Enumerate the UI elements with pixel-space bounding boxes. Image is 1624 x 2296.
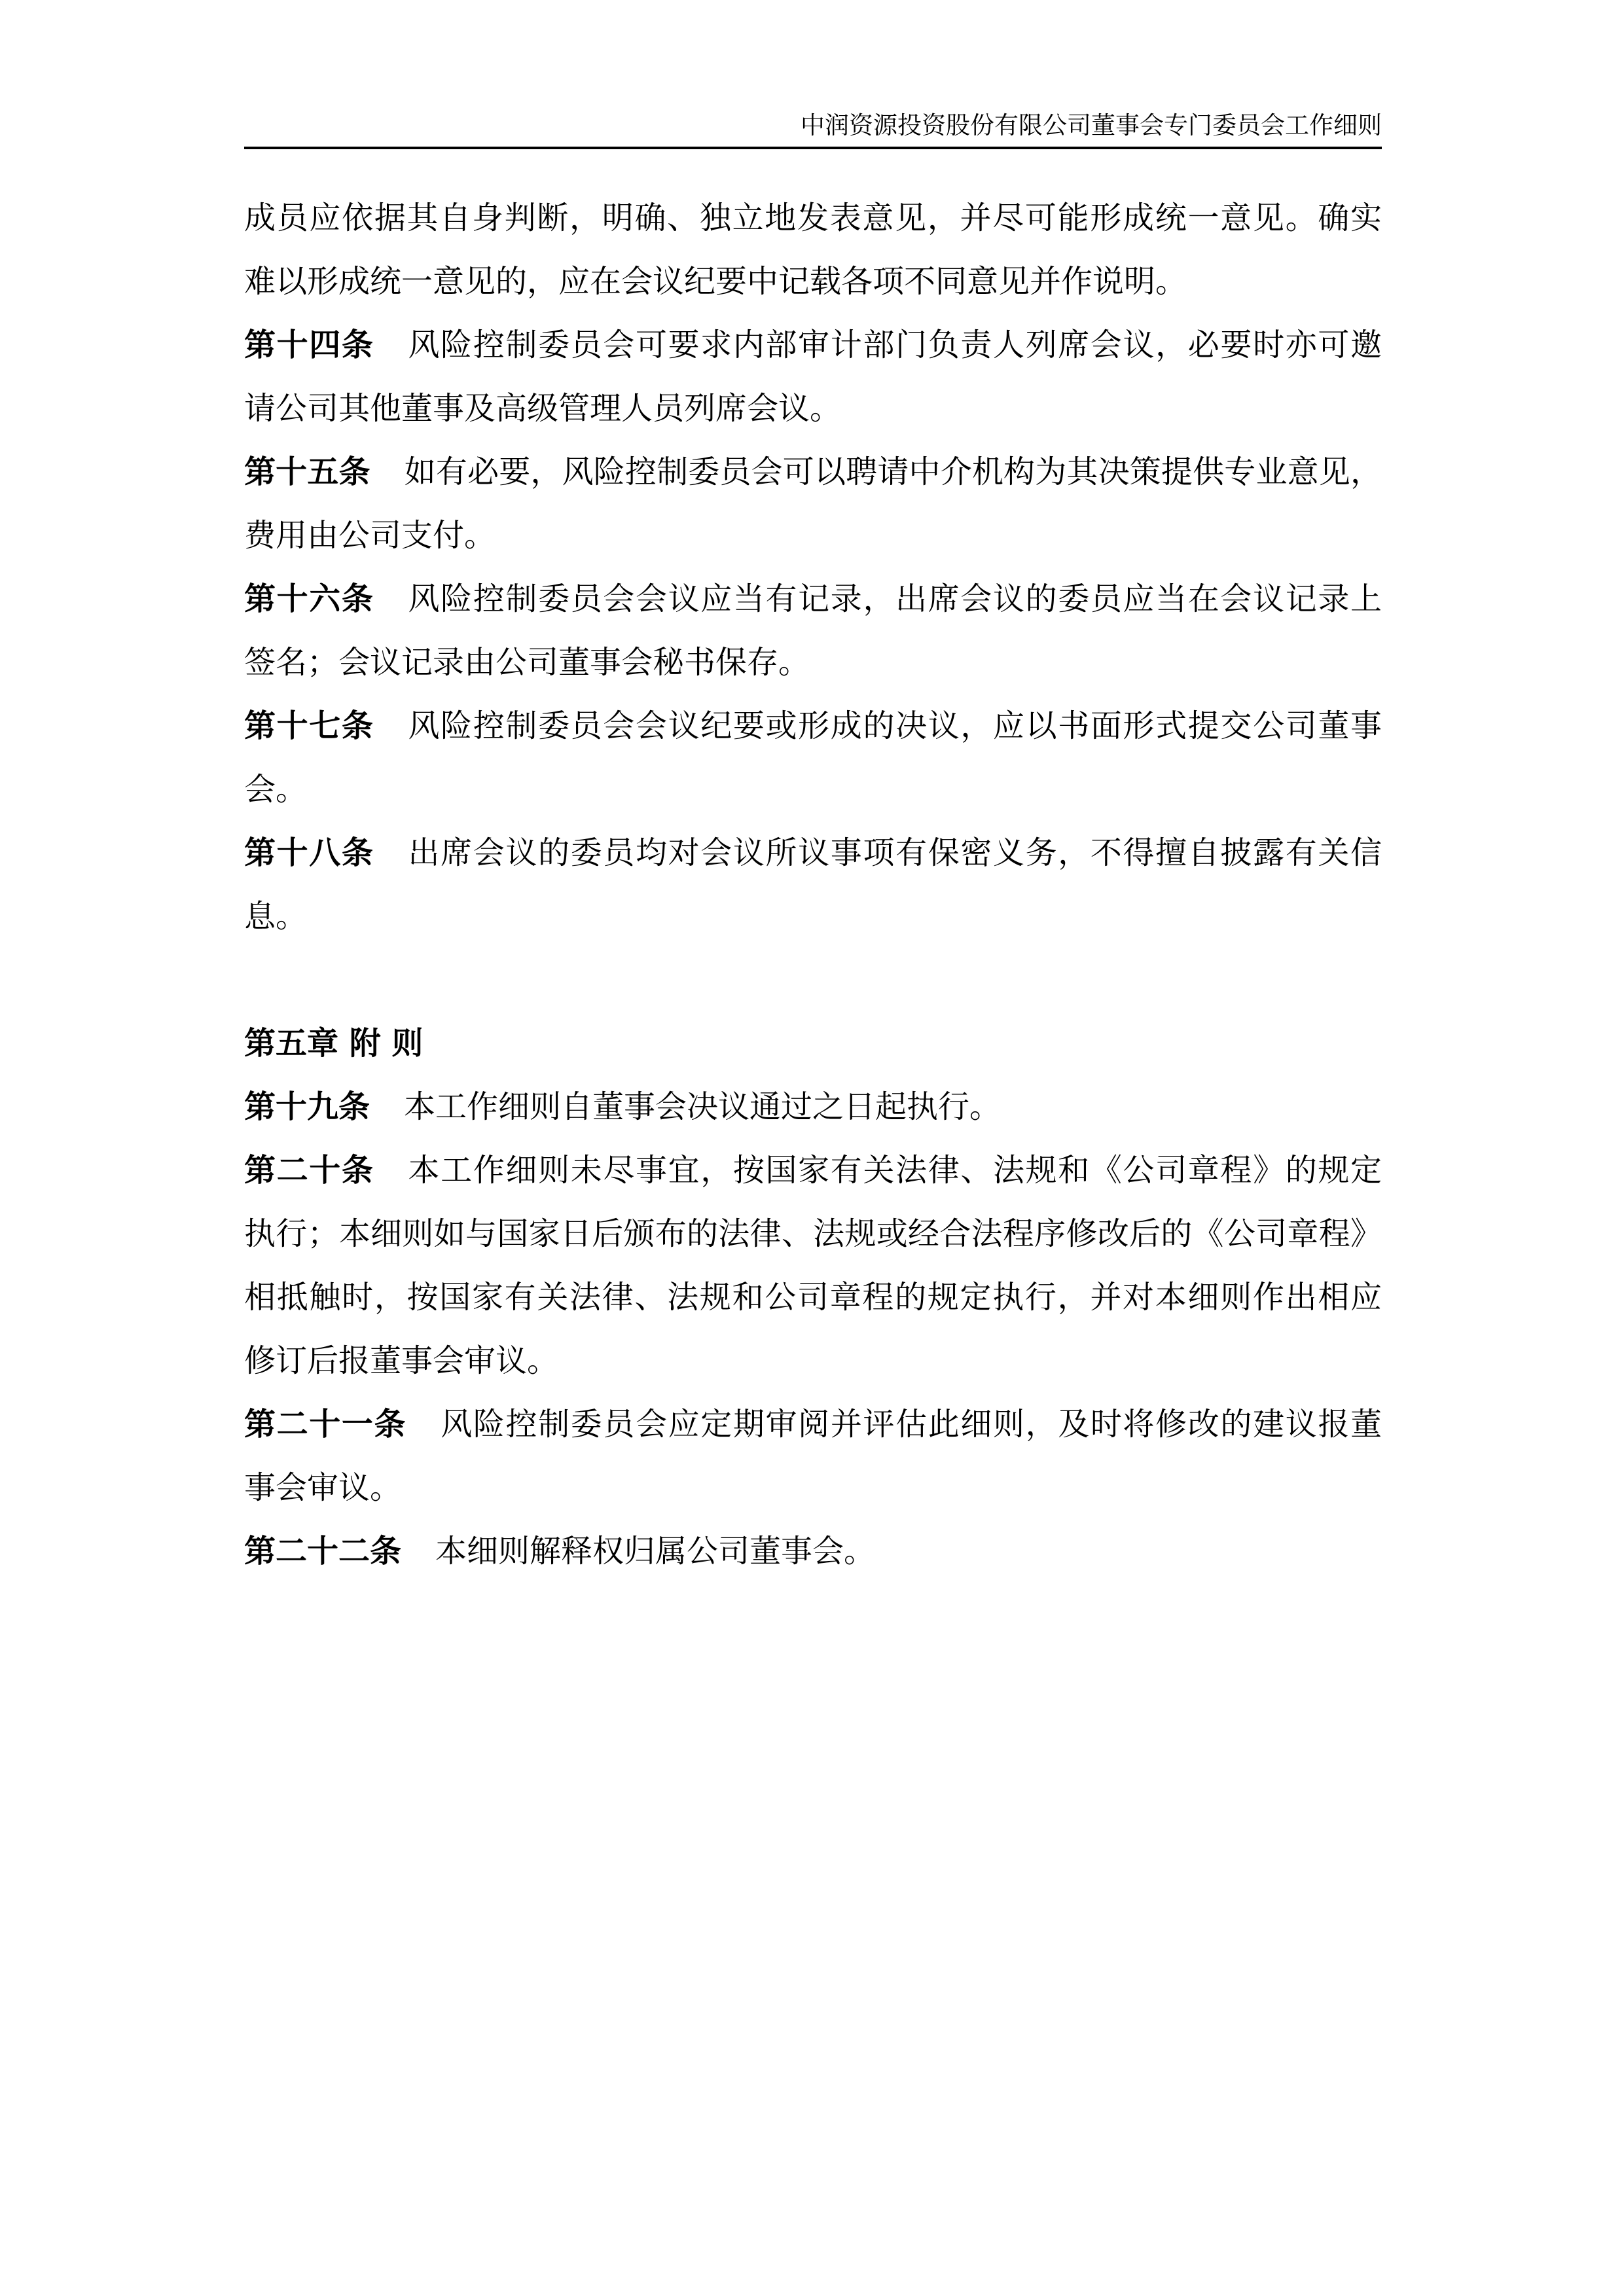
article-number-label: 第十七条 [244, 708, 374, 744]
document-body: 成员应依据其自身判断，明确、独立地发表意见，并尽可能形成统一意见。确实难以形成统… [244, 187, 1382, 1583]
document-page: 中润资源投资股份有限公司董事会专门委员会工作细则 成员应依据其自身判断，明确、独… [0, 0, 1624, 2296]
text-line: 签名；会议记录由公司董事会秘书保存。 [244, 631, 1382, 694]
text-line: 第十八条出席会议的委员均对会议所议事项有保密义务，不得擅自披露有关信 [244, 821, 1382, 885]
page-header-title: 中润资源投资股份有限公司董事会专门委员会工作细则 [801, 111, 1382, 139]
chapter-heading: 第五章 附 则 [244, 1012, 1382, 1075]
text-line: 第二十二条本细则解释权归属公司董事会。 [244, 1520, 1382, 1583]
article-number-label: 第二十一条 [244, 1406, 406, 1443]
article-text: 本细则解释权归属公司董事会。 [435, 1533, 875, 1570]
text-line: 息。 [244, 885, 1382, 948]
article-text: 风险控制委员会会议应当有记录，出席会议的委员应当在会议记录上 [408, 581, 1382, 617]
text-line: 执行；本细则如与国家日后颁布的法律、法规或经合法程序修改后的《公司章程》 [244, 1202, 1382, 1266]
article-text: 风险控制委员会应定期审阅并评估此细则，及时将修改的建议报董 [441, 1406, 1382, 1443]
article-number-label: 第十四条 [244, 327, 374, 363]
text-line: 第十四条风险控制委员会可要求内部审计部门负责人列席会议，必要时亦可邀 [244, 314, 1382, 377]
article-number-label: 第十九条 [244, 1088, 370, 1125]
article-number-label: 第二十二条 [244, 1533, 401, 1570]
article-text: 如有必要，风险控制委员会可以聘请中介机构为其决策提供专业意见， [405, 454, 1382, 490]
text-line: 修订后报董事会审议。 [244, 1329, 1382, 1393]
text-line: 第十六条风险控制委员会会议应当有记录，出席会议的委员应当在会议记录上 [244, 567, 1382, 631]
blank-line [244, 948, 1382, 1012]
text-line: 第十五条如有必要，风险控制委员会可以聘请中介机构为其决策提供专业意见， [244, 440, 1382, 504]
article-text: 风险控制委员会可要求内部审计部门负责人列席会议，必要时亦可邀 [408, 327, 1382, 363]
text-line: 难以形成统一意见的，应在会议纪要中记载各项不同意见并作说明。 [244, 250, 1382, 314]
article-text: 本工作细则自董事会决议通过之日起执行。 [404, 1088, 1001, 1125]
article-number-label: 第二十条 [244, 1152, 374, 1189]
text-line: 第二十一条风险控制委员会应定期审阅并评估此细则，及时将修改的建议报董 [244, 1393, 1382, 1456]
text-line: 第二十条本工作细则未尽事宜，按国家有关法律、法规和《公司章程》的规定 [244, 1139, 1382, 1202]
text-line: 第十七条风险控制委员会会议纪要或形成的决议，应以书面形式提交公司董事 [244, 694, 1382, 758]
text-line: 会。 [244, 758, 1382, 821]
text-line: 请公司其他董事及高级管理人员列席会议。 [244, 377, 1382, 440]
page-header: 中润资源投资股份有限公司董事会专门委员会工作细则 [244, 110, 1382, 149]
text-line: 成员应依据其自身判断，明确、独立地发表意见，并尽可能形成统一意见。确实 [244, 187, 1382, 250]
article-number-label: 第十八条 [244, 834, 374, 871]
text-line: 费用由公司支付。 [244, 504, 1382, 567]
article-text: 出席会议的委员均对会议所议事项有保密义务，不得擅自披露有关信 [408, 834, 1382, 871]
article-number-label: 第十五条 [244, 454, 370, 490]
article-text: 本工作细则未尽事宜，按国家有关法律、法规和《公司章程》的规定 [408, 1152, 1382, 1189]
article-text: 风险控制委员会会议纪要或形成的决议，应以书面形式提交公司董事 [408, 708, 1382, 744]
article-number-label: 第十六条 [244, 581, 374, 617]
text-line: 第十九条本工作细则自董事会决议通过之日起执行。 [244, 1075, 1382, 1139]
text-line: 相抵触时，按国家有关法律、法规和公司章程的规定执行，并对本细则作出相应 [244, 1266, 1382, 1329]
text-line: 事会审议。 [244, 1456, 1382, 1520]
